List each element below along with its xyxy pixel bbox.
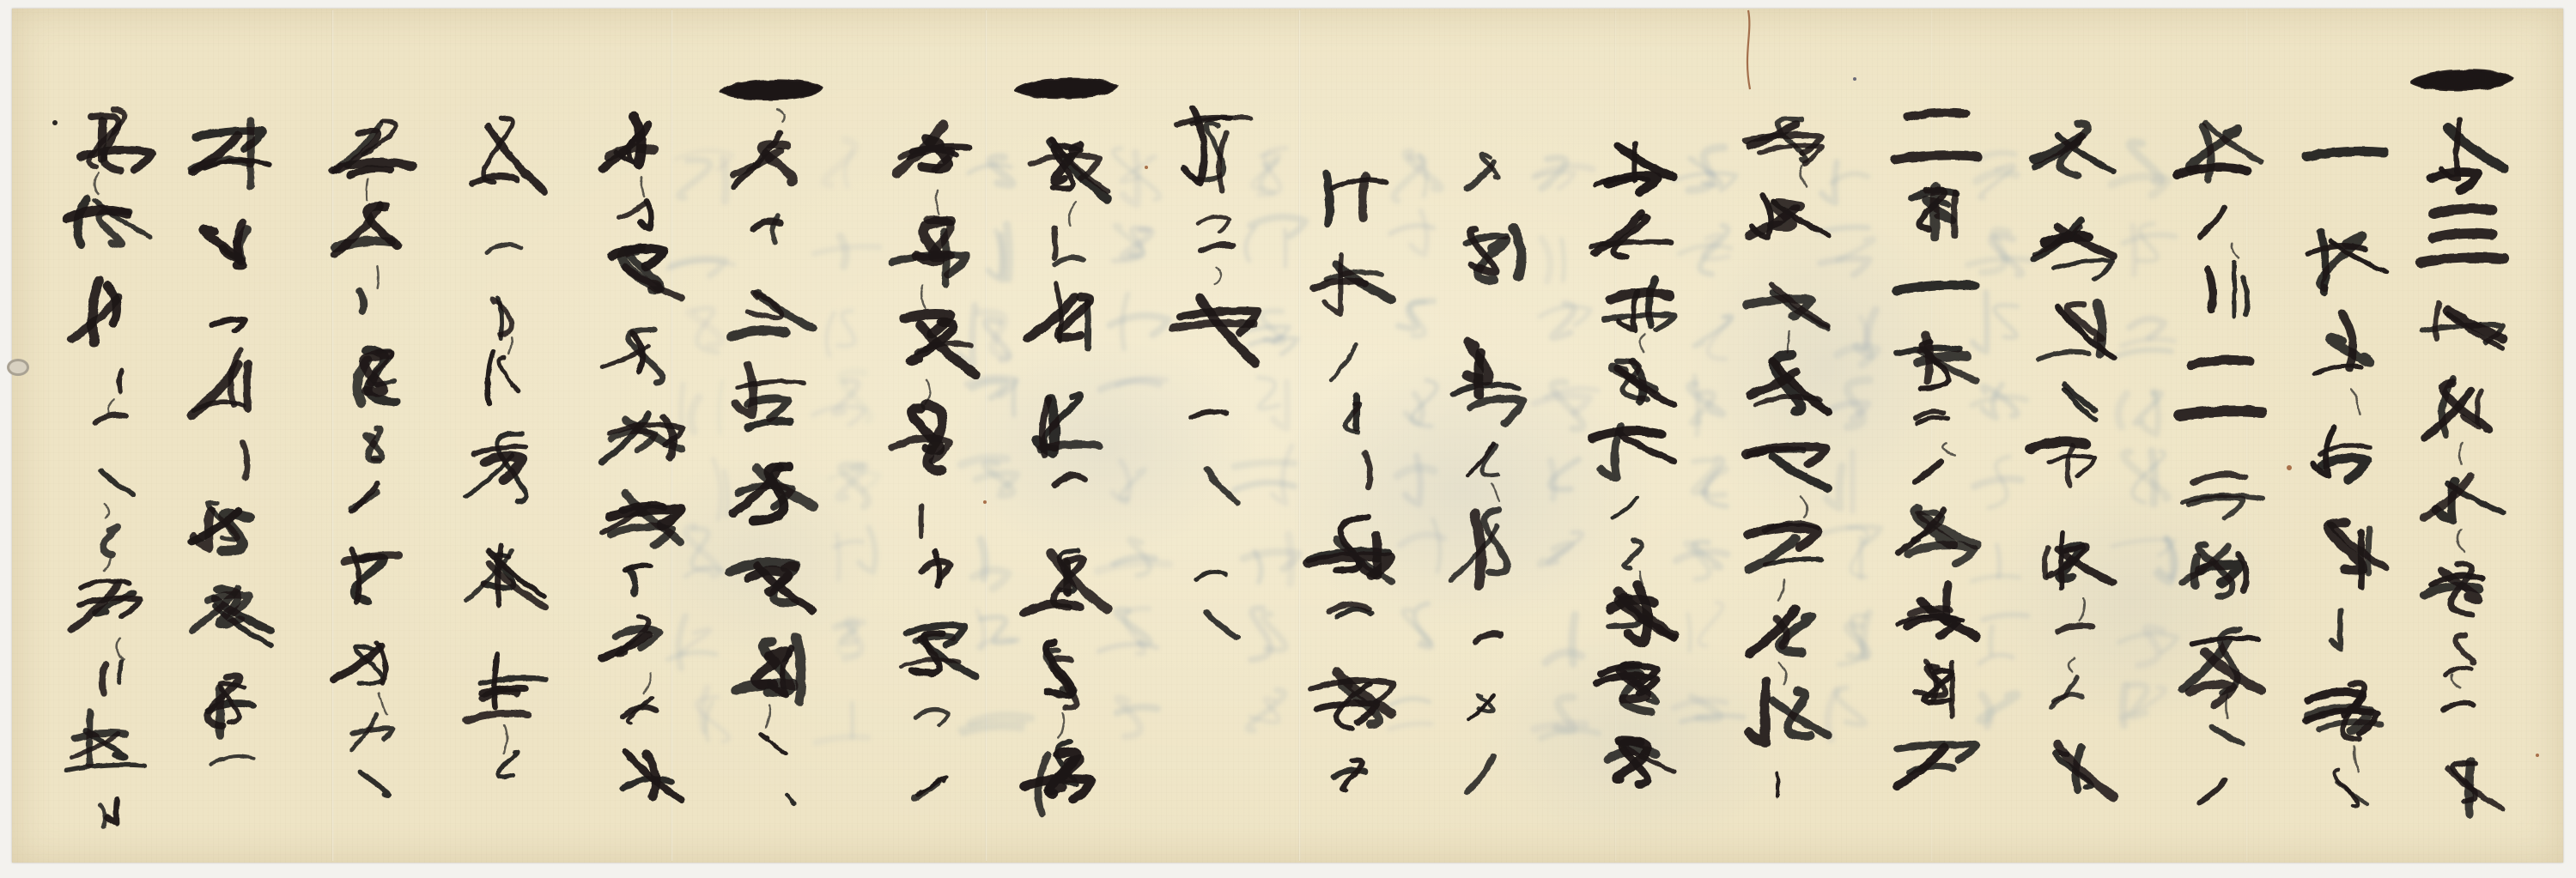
brush-stroke	[702, 688, 708, 731]
brush-stroke	[1695, 376, 1698, 434]
brush-stroke	[1285, 230, 1285, 267]
brush-stroke	[860, 528, 876, 572]
text-column-5: 二幅一對ニ〻迄不申候	[1876, 98, 1996, 800]
brush-stroke	[1562, 239, 1564, 281]
text-column-17: 承濱〻人ト然法眼ト	[170, 112, 290, 801]
text-column-16: 無紛ニ迄らト札出し〻	[313, 101, 433, 812]
brush-stroke	[841, 237, 846, 266]
brush-stroke	[837, 535, 840, 579]
brush-stroke	[2152, 451, 2155, 504]
speck	[2536, 754, 2539, 757]
text-column-10: 人ハ出しらし可	[1155, 96, 1275, 661]
text-column-6: 此召紀淨天和言依々	[1728, 93, 1848, 807]
brush-stroke	[1849, 528, 1868, 577]
text-column-15: 又〻しく牧渓筆ト	[444, 101, 564, 806]
brush-stroke	[1997, 545, 2000, 578]
brush-stroke	[838, 311, 854, 346]
brush-stroke	[835, 542, 862, 548]
brush-stroke	[2138, 224, 2158, 261]
text-column-12: 高麗寺色々ニ承らゞ	[875, 106, 995, 817]
brush-stroke	[1273, 445, 1292, 503]
text-column-7: 貴見大宗外ニし收經ま	[1573, 125, 1693, 795]
text-column-4: 給布紫ニ残置可ト付	[2013, 101, 2133, 811]
paper-crack	[1747, 10, 1750, 89]
text-column-2: 一幅高麗寺江遣之	[2286, 105, 2406, 820]
text-column-18: 相承前〻らトしかゞ候ニ	[50, 98, 170, 839]
text-column-9: 乞人ニ可の給ハ出ニ	[1291, 148, 1412, 801]
text-column-8: ニ付貴ニ早〻らし	[1429, 136, 1549, 807]
brush-stroke	[2133, 226, 2136, 274]
text-column-14: 処ニ探幽法眼ハ是ゞ承	[580, 106, 701, 812]
brush-stroke	[1551, 461, 1554, 500]
text-column-13: 一衣之布紫枝日給〻、	[712, 65, 832, 828]
speck	[1853, 77, 1856, 81]
brush-stroke	[2129, 319, 2165, 338]
text-column-1: 一衣三幅内乞人ニ可給	[2403, 57, 2523, 822]
document-viewer: 一衣三幅内乞人ニ可給 一幅高麗寺江遣之 残り新二幅乞人ニ可 給布紫ニ残置可ト付 …	[0, 0, 2576, 878]
speck	[1145, 166, 1148, 169]
text-column-11: 一衣之布紫ニ給候分	[1006, 62, 1127, 823]
brush-stroke	[1411, 211, 1426, 255]
brush-stroke	[1699, 602, 1723, 645]
text-column-3: 残り新二幅乞人ニ可	[2160, 103, 2281, 820]
